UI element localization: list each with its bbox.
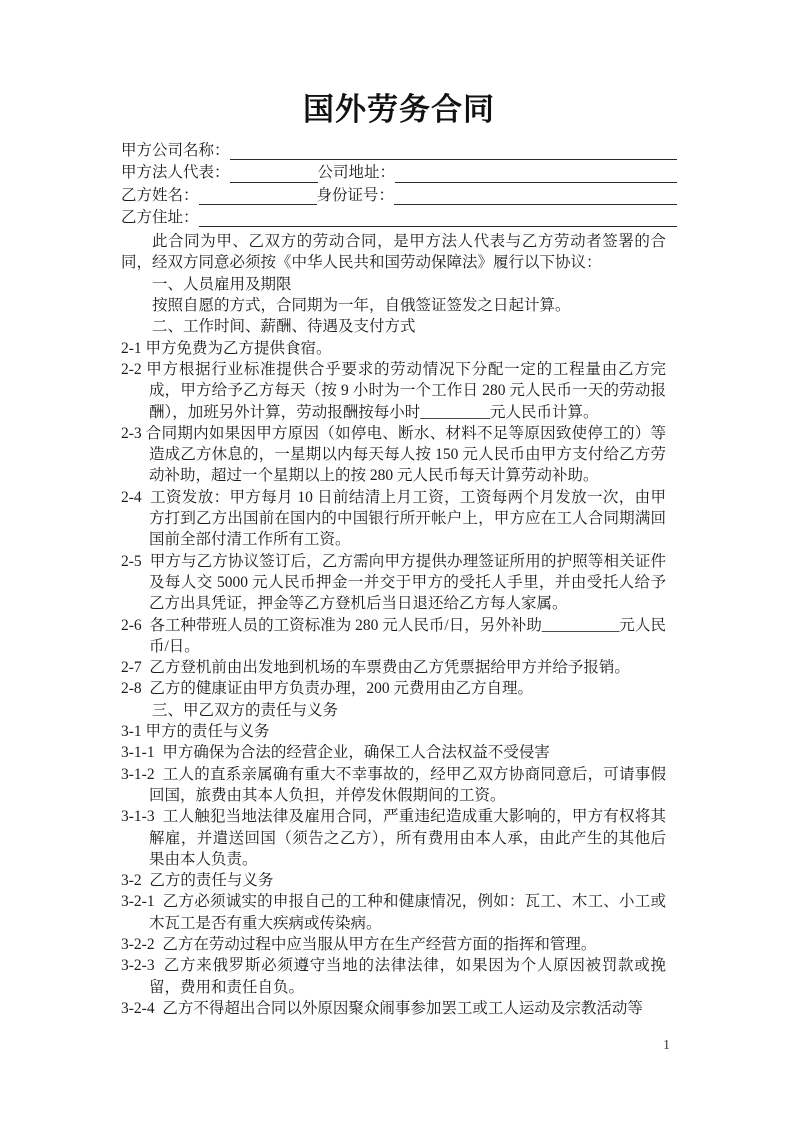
page-number: 1 [663,1037,670,1055]
id-number-field[interactable] [394,185,677,205]
contract-paragraph: 2-6 各工种带班人员的工资标准为 280 元人民币/日，另外补助_______… [121,615,666,658]
party-b-name-label: 乙方姓名： [121,185,199,207]
contract-paragraph: 3-1 甲方的责任与义务 [121,721,666,742]
contract-paragraph: 2-8 乙方的健康证由甲方负责办理，200 元费用由乙方自理。 [121,678,666,699]
contract-paragraph: 二、工作时间、薪酬、待遇及支付方式 [121,316,666,337]
document-body: 此合同为甲、乙双方的劳动合同，是甲方法人代表与乙方劳动者签署的合同，经双方同意必… [121,231,677,1019]
company-name-label: 甲方公司名称： [121,140,230,162]
contract-paragraph: 3-1-2 工人的直系亲属确有重大不幸事故的，经甲乙双方协商同意后，可请事假回国… [121,764,666,807]
contract-paragraph: 3-2-3 乙方来俄罗斯必须遵守当地的法律法律，如果因为个人原因被罚款或挽留，费… [121,955,666,998]
company-name-row: 甲方公司名称： [121,140,677,162]
contract-paragraph: 2-2 甲方根据行业标准提供合乎要求的劳动情况下分配一定的工程量由乙方完成，甲方… [121,359,666,423]
header-form: 甲方公司名称： 甲方法人代表： 公司地址： 乙方姓名： 身份证号： 乙方住址： [121,140,677,229]
legal-representative-field[interactable] [230,162,318,182]
contract-paragraph: 2-7 乙方登机前由出发地到机场的车票费由乙方凭票据给甲方并给予报销。 [121,657,666,678]
contract-paragraph: 3-2-1 乙方必须诚实的申报自己的工种和健康情况，例如：瓦工、木工、小工或木瓦… [121,891,666,934]
party-b-name-row: 乙方姓名： 身份证号： [121,185,677,207]
contract-paragraph: 3-2-2 乙方在劳动过程中应当服从甲方在生产经营方面的指挥和管理。 [121,934,666,955]
company-address-label: 公司地址： [318,162,396,184]
id-number-label: 身份证号： [317,185,395,207]
company-name-field[interactable] [230,140,677,160]
contract-paragraph: 一、人员雇用及期限 [121,274,666,295]
contract-paragraph: 3-2 乙方的责任与义务 [121,870,666,891]
contract-paragraph: 3-1-3 工人触犯当地法律及雇用合同，严重违纪造成重大影响的，甲方有权将其解雇… [121,806,666,870]
contract-paragraph: 2-1 甲方免费为乙方提供食宿。 [121,338,666,359]
party-b-address-label: 乙方住址： [121,207,199,229]
page-title: 国外劳务合同 [121,88,677,132]
document-page: 国外劳务合同 甲方公司名称： 甲方法人代表： 公司地址： 乙方姓名： 身份证号：… [0,0,793,1122]
legal-representative-label: 甲方法人代表： [121,162,230,184]
contract-paragraph: 3-2-4 乙方不得超出合同以外原因聚众闹事参加罢工或工人运动及宗教活动等 [121,998,666,1019]
contract-paragraph: 3-1-1 甲方确保为合法的经营企业，确保工人合法权益不受侵害 [121,742,666,763]
party-b-address-row: 乙方住址： [121,207,677,229]
party-b-address-field[interactable] [199,207,677,227]
contract-paragraph: 按照自愿的方式，合同期为一年，自俄签证签发之日起计算。 [121,295,666,316]
contract-paragraph: 2-3 合同期内如果因甲方原因（如停电、断水、材料不足等原因致使停工的）等造成乙… [121,423,666,487]
company-address-field[interactable] [395,162,677,182]
contract-paragraph: 三、甲乙双方的责任与义务 [121,700,666,721]
contract-paragraph: 此合同为甲、乙双方的劳动合同，是甲方法人代表与乙方劳动者签署的合同，经双方同意必… [121,231,666,274]
party-b-name-field[interactable] [199,185,317,205]
contract-paragraph: 2-5 甲方与乙方协议签订后，乙方需向甲方提供办理签证所用的护照等相关证件及每人… [121,551,666,615]
legal-representative-row: 甲方法人代表： 公司地址： [121,162,677,184]
contract-paragraph: 2-4 工资发放：甲方每月 10 日前结清上月工资，工资每两个月发放一次，由甲方… [121,487,666,551]
